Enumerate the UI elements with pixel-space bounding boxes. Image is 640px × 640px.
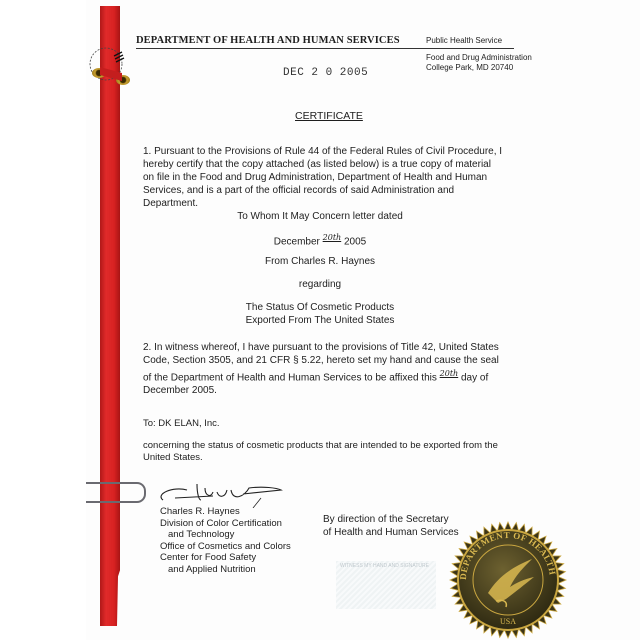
subject-line-1: The Status Of Cosmetic Products — [200, 302, 440, 313]
hhs-seal-icon: DEPARTMENT OF HEALTH & HUMAN SERVICES US… — [446, 521, 570, 639]
concerning-text: concerning the status of cosmetic produc… — [143, 440, 505, 464]
agency-address: Food and Drug Administration College Par… — [426, 53, 532, 73]
faint-signature-stamp: WITNESS MY HAND AND SIGNATURE — [336, 561, 436, 609]
signatory-division: Division of Color Certification — [160, 518, 291, 530]
paperclip-icon — [86, 482, 146, 503]
signatory-office: Office of Cosmetics and Colors — [160, 541, 291, 553]
letter-date-prefix: December — [274, 236, 323, 247]
subject-line-2: Exported From The United States — [200, 315, 440, 326]
letter-date: December 20th 2005 — [200, 233, 440, 247]
signatory-block: Charles R. Haynes Division of Color Cert… — [160, 506, 291, 575]
handwritten-date: 20th — [323, 233, 342, 242]
department-heading: DEPARTMENT OF HEALTH AND HUMAN SERVICES — [136, 35, 400, 46]
witness-paragraph: 2. In witness whereof, I have pursuant t… — [143, 341, 503, 397]
certificate-title: CERTIFICATE — [295, 110, 363, 122]
direction-line-1: By direction of the Secretary — [323, 514, 459, 527]
date-stamp: DEC 2 0 2005 — [283, 67, 368, 79]
public-health-service: Public Health Service — [426, 36, 502, 45]
letter-author: From Charles R. Haynes — [200, 256, 440, 267]
agency-city: College Park, MD 20740 — [426, 63, 532, 73]
letterhead-rule-right — [384, 48, 514, 49]
signatory-center-cont: and Applied Nutrition — [160, 564, 291, 576]
regarding-label: regarding — [200, 279, 440, 290]
signatory-center: Center for Food Safety — [160, 552, 291, 564]
seal-country: USA — [500, 617, 516, 626]
secretary-direction: By direction of the Secretary of Health … — [323, 514, 459, 539]
signatory-division-cont: and Technology — [160, 529, 291, 541]
signature-icon — [153, 480, 283, 508]
agency-name: Food and Drug Administration — [426, 53, 532, 63]
certification-paragraph: 1. Pursuant to the Provisions of Rule 44… — [143, 145, 503, 210]
recipient-line: To: DK ELAN, Inc. — [143, 418, 220, 429]
letter-date-suffix: 2005 — [341, 236, 366, 247]
faint-stamp-text: WITNESS MY HAND AND SIGNATURE — [340, 563, 429, 569]
signatory-name: Charles R. Haynes — [160, 506, 291, 518]
handwritten-day: 20th — [440, 369, 459, 378]
direction-line-2: of Health and Human Services — [323, 527, 459, 540]
red-ribbon — [100, 6, 120, 626]
letter-description: To Whom It May Concern letter dated — [200, 211, 440, 222]
